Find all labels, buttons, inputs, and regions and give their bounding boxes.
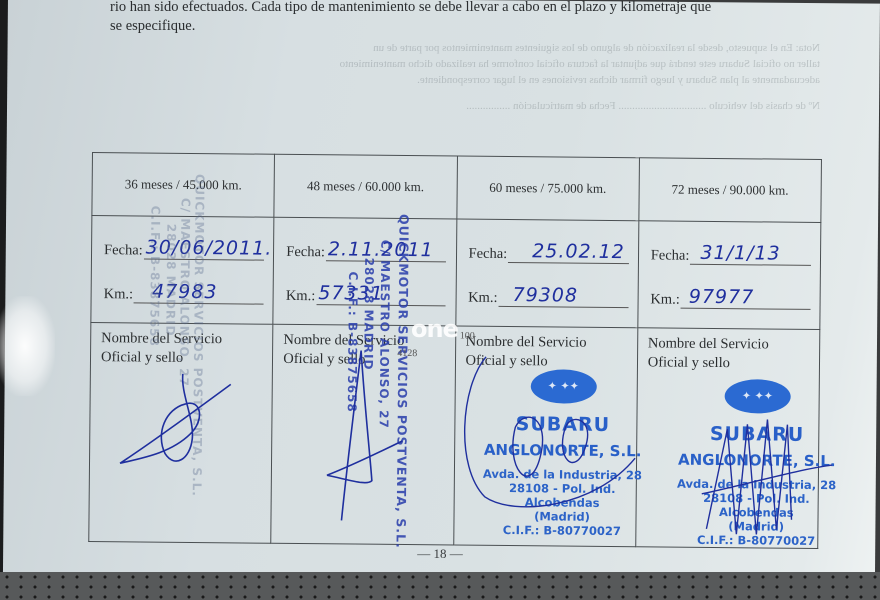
subaru-logo-icon: ✦ ✦✦: [530, 369, 596, 404]
date-km-cell: Fecha: 25.02.12 Km.: 79308: [455, 219, 638, 328]
service-label: Nombre del Servicio Oficial y sello: [465, 333, 586, 372]
date-label: Fecha:: [286, 244, 325, 261]
intro-line-1: rio han sido efectuados. Cada tipo de ma…: [110, 0, 810, 17]
dealer-stamp-text: 28028 MADRID: [361, 258, 376, 371]
dealer-stamp-text: 28028 MADRID: [163, 224, 178, 337]
stamp-address-line: 28108 - Pol. Ind. Alcobendas: [472, 481, 652, 511]
column-header: 72 meses / 90.000 km.: [639, 158, 822, 223]
date-label: Fecha:: [651, 247, 690, 264]
service-stamp-row: Nombre del Servicio Oficial y sello QUIC…: [89, 322, 820, 548]
dealer-stamp-text: QUICKMOTOR SERVICIOS POSTVENTA, S.L.: [393, 214, 411, 549]
date-label: Fecha:: [468, 246, 507, 263]
km-field: Km.: 79308: [468, 286, 628, 309]
service-stamp-cell: Nombre del Servicio Oficial y sello QUIC…: [271, 324, 455, 545]
stamp-company: ANGLONORTE, S.L.: [473, 441, 653, 461]
stamp-address-line: (Madrid): [676, 519, 836, 535]
stamp-brand: SUBARU: [677, 423, 837, 447]
stamp-address: Avda. de la Industria, 28 28108 - Pol. I…: [472, 467, 653, 539]
service-stamp-cell: Nombre del Servicio Oficial y sello ✦ ✦✦…: [635, 328, 819, 549]
stamp-address: Avda. de la Industria, 28 28108 - Pol. I…: [676, 477, 837, 549]
service-label-line: Nombre del Servicio: [648, 334, 769, 354]
dealer-stamp-text: C/ MAESTRO ALONSO, 27: [377, 240, 393, 429]
page-number: — 18 —: [0, 546, 880, 562]
ghost-line: adecuadamente al plan Subaru y luego fir…: [100, 72, 820, 88]
stamp-cif: C.I.F.: B-80770027: [472, 523, 652, 539]
intro-paragraph: rio han sido efectuados. Cada tipo de ma…: [110, 0, 810, 36]
stamp-address-line: Avda. de la Industria, 28: [472, 467, 652, 483]
maintenance-table: 36 meses / 45.000 km. 48 meses / 60.000 …: [88, 152, 822, 549]
dealer-stamp-text: C.I.F.: B-83875658: [345, 271, 360, 412]
date-field: Fecha: 31/1/13: [651, 243, 811, 266]
column-header: 60 meses / 75.000 km.: [456, 156, 639, 221]
ghost-line: Nº de chasis del vehículo ..............…: [100, 98, 820, 114]
ghost-line: Nota: En el supuesto, desde la realizaci…: [100, 40, 820, 56]
bleed-through-text: Nota: En el supuesto, desde la realizaci…: [100, 40, 820, 114]
light-glare: [0, 296, 55, 397]
signature: [110, 363, 241, 474]
service-label-line: Oficial y sello: [648, 353, 769, 373]
km-label: Km.:: [650, 291, 680, 308]
stamp-address-line: 28108 - Pol. Ind. Alcobendas: [676, 491, 836, 521]
overlay-number: 100: [460, 331, 475, 342]
stamp-company: ANGLONORTE, S.L.: [677, 451, 837, 471]
subaru-dealer-stamp: ✦ ✦✦ SUBARU ANGLONORTE, S.L. Avda. de la…: [676, 379, 838, 549]
handwritten-date: 25.02.12: [532, 240, 625, 263]
handwritten-km: 79308: [512, 284, 578, 307]
km-label: Km.:: [104, 286, 134, 303]
column-header: 48 meses / 60.000 km.: [274, 154, 457, 219]
watermark-logo: one: [411, 315, 458, 343]
ghost-line: taller no oficial Subaru este tendrá que…: [100, 56, 820, 72]
intro-line-2: se especifique.: [110, 17, 810, 36]
date-field: Fecha: 25.02.12: [468, 242, 628, 265]
perforated-surface: [0, 572, 880, 600]
subaru-dealer-stamp: ✦ ✦✦ SUBARU ANGLONORTE, S.L. Avda. de la…: [472, 369, 654, 539]
date-km-cell: Fecha: 31/1/13 Km.: 97977: [638, 221, 821, 330]
date-label: Fecha:: [104, 242, 143, 259]
stamp-brand: SUBARU: [473, 413, 653, 437]
overlay-number: 4128: [397, 348, 417, 359]
service-label: Nombre del Servicio Oficial y sello: [648, 334, 769, 373]
service-label-line: Nombre del Servicio: [466, 333, 587, 353]
service-stamp-cell: Nombre del Servicio Oficial y sello QUIC…: [89, 322, 273, 543]
service-stamp-cell: Nombre del Servicio Oficial y sello 100 …: [453, 326, 637, 547]
km-label: Km.:: [286, 288, 316, 305]
stamp-address-line: Avda. de la Industria, 28: [677, 477, 837, 493]
handwritten-km: 97977: [689, 286, 755, 309]
handwritten-date: 31/1/13: [700, 242, 780, 265]
km-label: Km.:: [468, 290, 498, 307]
km-field: Km.: 97977: [650, 287, 810, 310]
dealer-stamp-text: C/ MAESTRO ALONSO, 27: [177, 198, 193, 387]
subaru-logo-icon: ✦ ✦✦: [724, 379, 790, 414]
dealer-stamp-text: C.I.F.: B-83875658: [147, 206, 162, 347]
